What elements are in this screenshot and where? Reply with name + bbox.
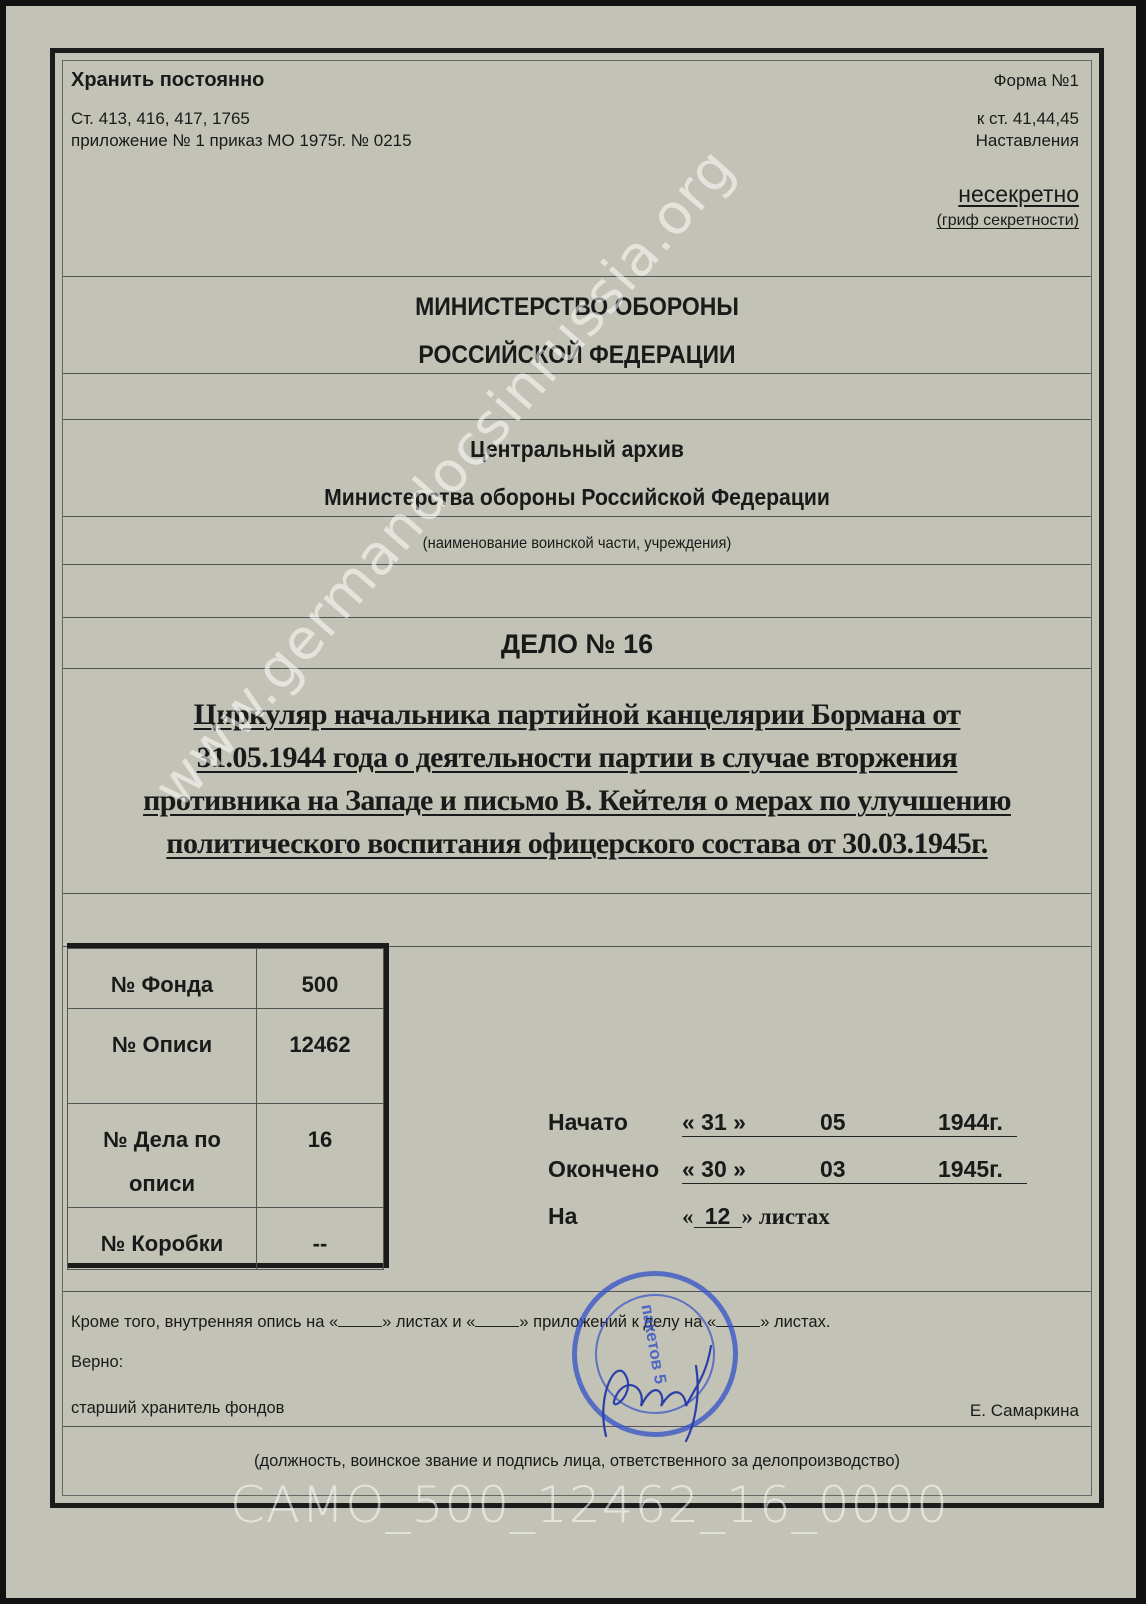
position-label: старший хранитель фондов — [71, 1399, 284, 1418]
divider — [63, 668, 1091, 669]
finished-month: 03 — [820, 1156, 846, 1183]
finished-year: 1945г. — [938, 1156, 1003, 1183]
started-year: 1944г. — [938, 1109, 1003, 1136]
order-label: приложение № 1 приказ МО 1975г. № 0215 — [71, 131, 412, 151]
sheets-close-text: » листах — [742, 1204, 830, 1229]
started-label: Начато — [548, 1109, 628, 1136]
inventory-text: Кроме того, внутренняя опись на « — [71, 1313, 338, 1331]
started-year-value: 1944 — [938, 1109, 989, 1135]
finished-year-value: 1945 — [938, 1156, 989, 1182]
archive-caption: (наименование воинской части, учреждения… — [104, 535, 1050, 553]
sheets-open-quote: « — [682, 1204, 694, 1229]
articles-label: Ст. 413, 416, 417, 1765 — [71, 109, 250, 129]
secrecy-caption: (гриф секретности) — [937, 212, 1079, 230]
responsible-caption: (должность, воинское звание и подпись ли… — [63, 1452, 1091, 1471]
divider — [63, 1291, 1091, 1292]
started-month: 05 — [820, 1109, 846, 1136]
finished-underline — [682, 1183, 1027, 1184]
fond-label: № Фонда — [68, 949, 257, 1009]
started-underline — [682, 1136, 1017, 1137]
form-manual: Наставления — [976, 131, 1079, 151]
secrecy-stamp: несекретно — [958, 181, 1079, 208]
sheets-count: «12» листах — [682, 1203, 830, 1230]
delo-value: 16 — [257, 1104, 384, 1208]
watermark-code: CAMO_500_12462_16_0000 — [230, 1476, 949, 1534]
finished-day: « 30 » — [682, 1156, 746, 1183]
started-row: Начато « 31 » 05 1944г. — [548, 1109, 1048, 1156]
opis-label: № Описи — [68, 1009, 257, 1104]
divider — [63, 419, 1091, 420]
divider — [63, 893, 1091, 894]
divider — [63, 1426, 1091, 1427]
inventory-text: » листах. — [760, 1313, 830, 1331]
year-suffix: г. — [989, 1109, 1003, 1135]
blank-field — [338, 1312, 382, 1327]
started-day: « 31 » — [682, 1109, 746, 1136]
signature-icon — [586, 1336, 736, 1446]
case-title-line: политического воспитания офицерского сос… — [166, 827, 987, 860]
sheets-label: На — [548, 1203, 577, 1230]
archive-line2: Министерства обороны Российской Федераци… — [104, 484, 1050, 511]
certified-label: Верно: — [71, 1353, 123, 1372]
blank-field — [475, 1312, 519, 1327]
opis-value: 12462 — [257, 1009, 384, 1104]
box-label: № Коробки — [68, 1208, 257, 1270]
case-title-line: противника на Западе и письмо В. Кейтеля… — [143, 784, 1011, 817]
archive-info-table: № Фонда 500 № Описи 12462 № Дела по опис… — [67, 943, 389, 1268]
sheets-row: На «12» листах — [548, 1203, 1048, 1250]
document-sheet: Хранить постоянно Ст. 413, 416, 417, 176… — [6, 6, 1136, 1598]
form-articles: к ст. 41,44,45 — [977, 109, 1079, 129]
divider — [63, 617, 1091, 618]
storage-label: Хранить постоянно — [71, 69, 264, 92]
archive-line1: Центральный архив — [104, 436, 1050, 463]
case-dates: Начато « 31 » 05 1944г. Окончено « 30 » … — [548, 1109, 1048, 1250]
fond-value: 500 — [257, 949, 384, 1009]
case-number: ДЕЛО № 16 — [63, 629, 1091, 660]
delo-label: № Дела по описи — [68, 1104, 257, 1208]
divider — [63, 564, 1091, 565]
sheets-count-value: 12 — [694, 1205, 742, 1228]
case-title-line: 31.05.1944 года о деятельности партии в … — [197, 741, 958, 774]
inventory-text: » листах и « — [382, 1313, 475, 1331]
divider — [63, 516, 1091, 517]
finished-row: Окончено « 30 » 03 1945г. — [548, 1156, 1048, 1203]
year-suffix: г. — [989, 1156, 1003, 1182]
signer-name: Е. Самаркина — [970, 1401, 1079, 1421]
case-title-line: Циркуляр начальника партийной канцелярии… — [194, 698, 961, 731]
box-value: -- — [257, 1208, 384, 1270]
finished-label: Окончено — [548, 1156, 659, 1183]
form-number: Форма №1 — [994, 71, 1079, 91]
